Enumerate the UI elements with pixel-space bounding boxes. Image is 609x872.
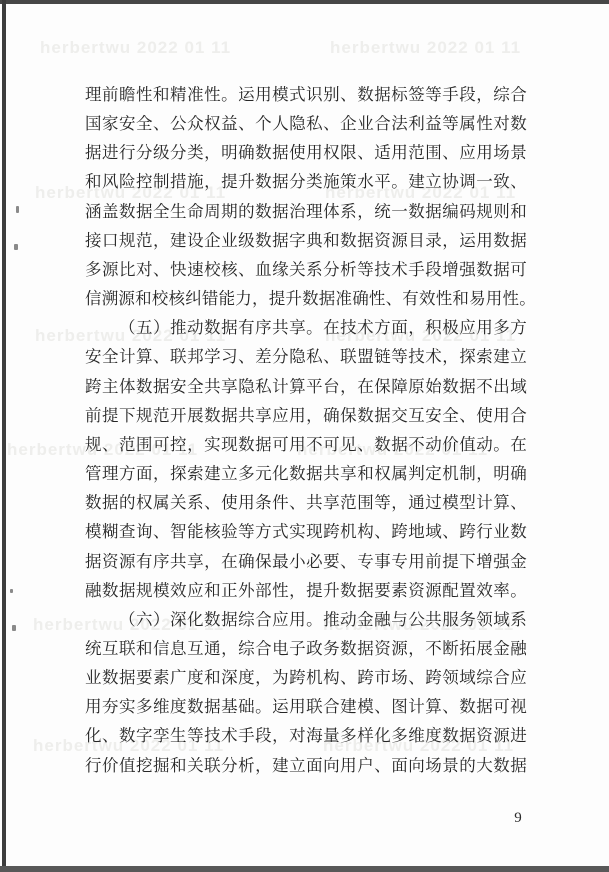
scan-artifact [14, 244, 18, 250]
scan-edge-left [2, 0, 6, 872]
text-line: 融数据规模效应和正外部性，提升数据要素资源配置效率。 [85, 576, 527, 605]
text-line: （五）推动数据有序共享。在技术方面，积极应用多方 [85, 313, 527, 342]
text-line: 涵盖数据全生命周期的数据治理体系，统一数据编码规则和 [85, 197, 527, 226]
watermark-text: herbertwu 2022 01 11 [330, 38, 521, 58]
text-line: 理前瞻性和精准性。运用模式识别、数据标签等手段，综合 [85, 80, 527, 109]
scan-edge-bottom [0, 866, 609, 872]
text-line: 行价值挖掘和关联分析，建立面向用户、面向场景的大数据 [85, 751, 527, 780]
text-line: 模糊查询、智能核验等方式实现跨机构、跨地域、跨行业数 [85, 517, 527, 546]
text-line: 据进行分级分类，明确数据使用权限、适用范围、应用场景 [85, 138, 527, 167]
scan-artifact [12, 625, 16, 631]
text-line: （六）深化数据综合应用。推动金融与公共服务领域系 [85, 605, 527, 634]
text-line: 统互联和信息互通，综合电子政务数据资源，不断拓展金融 [85, 634, 527, 663]
text-line: 前提下规范开展数据共享应用，确保数据交互安全、使用合 [85, 401, 527, 430]
text-line: 安全计算、联邦学习、差分隐私、联盟链等技术，探索建立 [85, 342, 527, 371]
text-line: 接口规范，建设企业级数据字典和数据资源目录，运用数据 [85, 226, 527, 255]
text-line: 和风险控制措施，提升数据分类施策水平。建立协调一致、 [85, 167, 527, 196]
scan-edge-top [0, 0, 609, 4]
document-text-block: 理前瞻性和精准性。运用模式识别、数据标签等手段，综合国家安全、公众权益、个人隐私… [85, 80, 527, 780]
page-number: 9 [508, 810, 528, 827]
text-line: 信溯源和校核纠错能力，提升数据准确性、有效性和易用性。 [85, 284, 527, 313]
text-line: 据资源有序共享，在确保最小必要、专事专用前提下增强金 [85, 547, 527, 576]
text-line: 业数据要素广度和深度，为跨机构、跨市场、跨领域综合应 [85, 663, 527, 692]
text-line: 数据的权属关系、使用条件、共享范围等，通过模型计算、 [85, 488, 527, 517]
scan-artifact [16, 206, 19, 213]
scan-artifact [10, 589, 13, 593]
text-line: 管理方面，探索建立多元化数据共享和权属判定机制，明确 [85, 459, 527, 488]
text-line: 用夯实多维度数据基础。运用联合建模、图计算、数据可视 [85, 692, 527, 721]
text-line: 化、数字孪生等技术手段，对海量多样化多维度数据资源进 [85, 721, 527, 750]
text-line: 规、范围可控，实现数据可用不可见、数据不动价值动。在 [85, 430, 527, 459]
text-line: 跨主体数据安全共享隐私计算平台，在保障原始数据不出域 [85, 372, 527, 401]
text-line: 国家安全、公众权益、个人隐私、企业合法利益等属性对数 [85, 109, 527, 138]
text-line: 多源比对、快速校核、血缘关系分析等技术手段增强数据可 [85, 255, 527, 284]
watermark-text: herbertwu 2022 01 11 [40, 38, 231, 58]
scanned-document-page: herbertwu 2022 01 11herbertwu 2022 01 11… [0, 0, 609, 872]
